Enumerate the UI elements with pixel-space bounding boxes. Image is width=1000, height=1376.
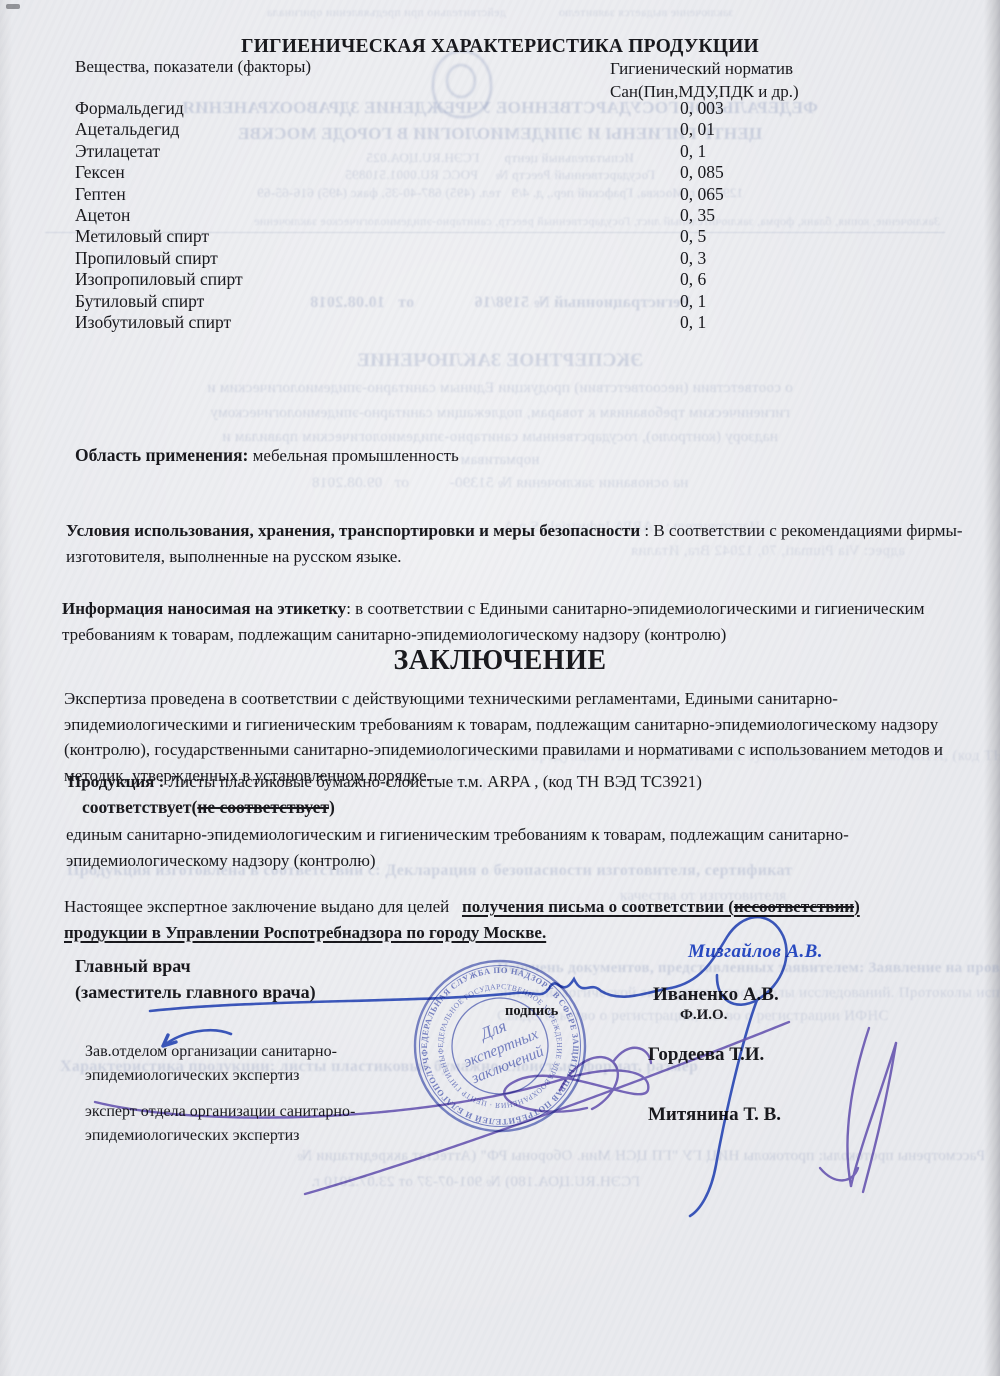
expert-title-line2: эпидемиологических экспертиз: [85, 1124, 355, 1148]
table-row: Ацетон0, 35: [75, 205, 935, 226]
table-row: Пропиловый спирт0, 3: [75, 248, 935, 269]
substance-value: 0, 003: [680, 98, 724, 119]
conforms-tail: единым санитарно-эпидемиологическим и ги…: [66, 822, 971, 873]
document-title: ГИГИЕНИЧЕСКАЯ ХАРАКТЕРИСТИКА ПРОДУКЦИИ: [0, 36, 1000, 58]
table-row: Изопропиловый спирт0, 6: [75, 269, 935, 290]
purpose-lead: Настоящее экспертное заключение выдано д…: [64, 897, 462, 916]
usage-label: Условия использования, хранения, транспо…: [66, 521, 640, 540]
substance-name: Ацетон: [75, 205, 130, 226]
chief-title-line2: (заместитель главного врача): [75, 979, 316, 1005]
substance-name: Этилацетат: [75, 141, 160, 162]
substance-value: 0, 085: [680, 162, 724, 183]
substance-name: Гексен: [75, 162, 125, 183]
table-row: Гептен0, 065: [75, 184, 935, 205]
chief-title-line1: Главный врач: [75, 953, 316, 979]
substance-name: Ацетальдегид: [75, 119, 179, 140]
ghost-text-line: ЭКСПЕРТНОЕ ЗАКЛЮЧЕНИЕ: [0, 350, 1000, 372]
purpose-bold2: ): [854, 897, 860, 916]
substance-name: Бутиловый спирт: [75, 291, 204, 312]
scanned-document-page: заключение выдается заявителю действител…: [0, 0, 1000, 1376]
purpose-struck: несоответствии: [734, 897, 854, 916]
substance-value: 0, 1: [680, 312, 706, 333]
purpose-bold1: получения письма о соответствии (: [462, 897, 734, 916]
ghost-text-line: гигиеническим требованиям к товарам, под…: [0, 405, 1000, 422]
table-row: Ацетальдегид0, 01: [75, 119, 935, 140]
stamp-center-text: Для экспертных заключений: [453, 1006, 547, 1087]
substance-name: Изобутиловый спирт: [75, 312, 231, 333]
scan-artifact: [6, 4, 20, 9]
conforms-close: ): [329, 797, 335, 817]
scope-value: мебельная промышленность: [253, 446, 459, 465]
substance-name: Пропиловый спирт: [75, 248, 218, 269]
ghost-text-line: надзору (контролю), государственным сани…: [0, 429, 1000, 446]
table-row: Метиловый спирт0, 5: [75, 226, 935, 247]
table-col2-header: Гигиенический норматив Сан(Пин,МДУ,ПДК и…: [610, 57, 799, 103]
substance-name: Гептен: [75, 184, 126, 205]
expert-title-line1: эксперт отдела организации санитарно-: [85, 1100, 355, 1124]
table-row: Изобутиловый спирт0, 1: [75, 312, 935, 333]
label-info-paragraph: Информация наносимая на этикетку: в соот…: [62, 596, 970, 647]
product-label: Продукция :: [68, 772, 164, 791]
conclusion-heading: ЗАКЛЮЧЕНИЕ: [0, 645, 1000, 677]
dept-head-title: Зав.отделом организации санитарно- эпиде…: [85, 1040, 337, 1088]
expert-name: Митянина Т. В.: [648, 1104, 781, 1126]
fio-label: Ф.И.О.: [680, 1007, 727, 1024]
ghost-text-line: Рассмотрены протоколы: протоколы НИЦ ГУ …: [297, 1148, 985, 1165]
substance-value: 0, 35: [680, 205, 715, 226]
conforms-open: соответствует(: [82, 797, 197, 817]
expert-title: эксперт отдела организации санитарно- эп…: [85, 1100, 355, 1148]
scope-label: Область применения:: [75, 445, 248, 465]
chief-doctor-title: Главный врач (заместитель главного врача…: [75, 953, 316, 1005]
conforms-struck: не соответствует: [197, 797, 329, 817]
product-line: Продукция : Листы пластиковые бумажно-сл…: [68, 772, 968, 792]
ghost-text-line: на основании заключения № 51390- от 09.0…: [0, 475, 1000, 492]
substance-value: 0, 3: [680, 248, 706, 269]
substance-value: 0, 065: [680, 184, 724, 205]
table-row: Бутиловый спирт0, 1: [75, 291, 935, 312]
dept-title-line1: Зав.отделом организации санитарно-: [85, 1040, 337, 1064]
usage-paragraph: Условия использования, хранения, транспо…: [66, 518, 971, 569]
table-row: Гексен0, 085: [75, 162, 935, 183]
signature-mityanina: [820, 1028, 896, 1192]
dept-title-line2: эпидемиологических экспертиз: [85, 1064, 337, 1088]
substance-value: 0, 1: [680, 141, 706, 162]
chief-doctor-name: Иваненко А.В.: [653, 984, 779, 1006]
substances-table: Формальдегид0, 003Ацетальдегид0, 01Этила…: [75, 98, 935, 333]
substance-value: 0, 1: [680, 291, 706, 312]
product-text: Листы пластиковые бумажно-слоистые т.м. …: [164, 772, 702, 791]
table-col2-header-line1: Гигиенический норматив: [610, 57, 799, 80]
table-col1-header: Вещества, показатели (факторы): [75, 57, 311, 77]
table-row: Формальдегид0, 003: [75, 98, 935, 119]
substance-value: 0, 6: [680, 269, 706, 290]
ghost-text-line: о соответствии (несоответствии) продукци…: [0, 380, 1000, 397]
round-stamp: ФЕДЕРАЛЬНАЯ СЛУЖБА ПО НАДЗОРУ В СФЕРЕ ЗА…: [374, 920, 627, 1173]
ghost-text-line: ГСЭН.RU.ЦОА.180) № 901-07-37 от 23.07.20…: [311, 1174, 640, 1191]
substance-value: 0, 5: [680, 226, 706, 247]
handwritten-name-mizgaylov: Мизгайлов А.В.: [688, 941, 823, 963]
substance-name: Формальдегид: [75, 98, 184, 119]
substance-name: Изопропиловый спирт: [75, 269, 243, 290]
dept-head-name: Гордеева Т.И.: [648, 1044, 764, 1066]
scope-line: Область применения: мебельная промышленн…: [75, 445, 459, 466]
label-info-label: Информация наносимая на этикетку: [62, 599, 346, 618]
substance-name: Метиловый спирт: [75, 226, 209, 247]
table-row: Этилацетат0, 1: [75, 141, 935, 162]
substance-value: 0, 01: [680, 119, 715, 140]
ghost-text-line: заключение выдается заявителю действител…: [0, 5, 1000, 20]
conforms-line: соответствует(не соответствует): [82, 797, 335, 818]
